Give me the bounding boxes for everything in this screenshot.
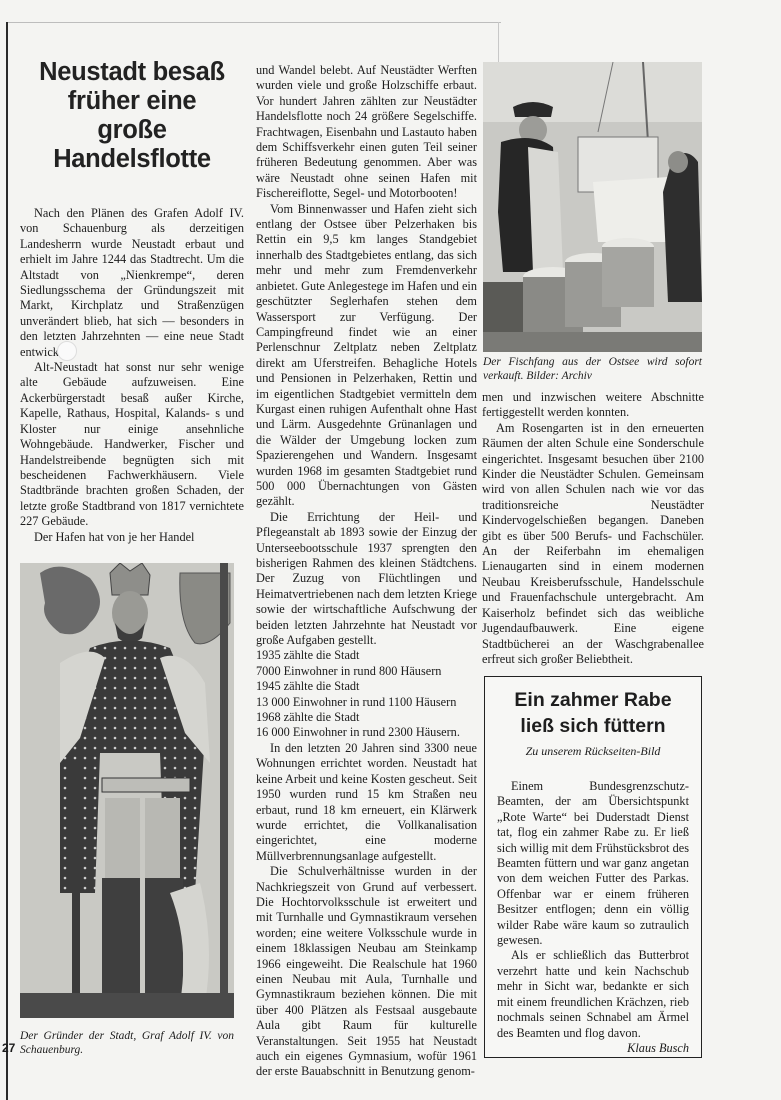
sidebar-title-line: Ein zahmer Rabe xyxy=(485,687,701,713)
article-column-3: men und inzwischen weitere Abschnitte fe… xyxy=(482,390,704,667)
page-number: 27 xyxy=(2,1041,15,1055)
paragraph: Die Schulverhältnisse wurden in der Nach… xyxy=(256,864,477,1080)
fishermen-barrels-image xyxy=(483,62,702,352)
sidebar-story-box: Ein zahmer Rabe ließ sich füttern Zu uns… xyxy=(484,676,702,1058)
photo-caption-graf: Der Gründer der Stadt, Graf Adolf IV. vo… xyxy=(20,1029,234,1057)
paragraph: und Wandel belebt. Auf Neustädter Werfte… xyxy=(256,63,477,202)
photo-caption-fisch: Der Fischfang aus der Ostsee wird sofort… xyxy=(483,355,702,383)
population-line: 16 000 Einwohner in rund 2300 Häusern. xyxy=(256,725,477,740)
sidebar-title: Ein zahmer Rabe ließ sich füttern xyxy=(485,687,701,739)
article-column-1: Nach den Plänen des Grafen Adolf IV. von… xyxy=(20,206,244,545)
page-edge-left xyxy=(6,22,8,1100)
headline-line: Neustadt besaß xyxy=(18,58,246,87)
headline-line: große xyxy=(18,116,246,145)
population-line: 13 000 Einwohner in rund 1100 Häusern xyxy=(256,695,477,710)
population-line: 1945 zählte die Stadt xyxy=(256,679,477,694)
paragraph: In den letzten 20 Jahren sind 3300 neue … xyxy=(256,741,477,864)
paragraph-text: Als er schließlich das Butterbrot verzeh… xyxy=(497,948,689,1039)
author-byline: Klaus Busch xyxy=(613,1041,689,1056)
article-headline: Neustadt besaß früher eine große Handels… xyxy=(18,58,246,174)
photo-graf-adolf xyxy=(20,563,234,1018)
paragraph: Einem Bundesgrenzschutz-Beamten, der am … xyxy=(497,779,689,948)
paragraph: Der Hafen hat von je her Handel xyxy=(20,530,244,545)
paragraph: Vom Binnenwasser und Hafen zieht sich en… xyxy=(256,202,477,510)
population-line: 1968 zählte die Stadt xyxy=(256,710,477,725)
paper-damage-mark xyxy=(57,341,77,361)
page-edge-right xyxy=(498,22,499,62)
photo-fish-market xyxy=(483,62,702,352)
paragraph: Am Rosengarten ist in den erneuerten Räu… xyxy=(482,421,704,668)
sidebar-subtitle: Zu unserem Rückseiten-Bild xyxy=(485,744,701,759)
knight-portrait-image xyxy=(20,563,234,1018)
headline-line: Handelsflotte xyxy=(18,145,246,174)
paragraph: Als er schließlich das Butterbrot verzeh… xyxy=(497,948,689,1040)
population-line: 1935 zählte die Stadt xyxy=(256,648,477,663)
paragraph: Alt-Neustadt hat sonst nur sehr wenige a… xyxy=(20,360,244,529)
paragraph: men und inzwischen weitere Abschnitte fe… xyxy=(482,390,704,421)
page-edge xyxy=(6,22,501,23)
paragraph: Nach den Plänen des Grafen Adolf IV. von… xyxy=(20,206,244,360)
population-statistics: 1935 zählte die Stadt 7000 Einwohner in … xyxy=(256,648,477,740)
headline-line: früher eine xyxy=(18,87,246,116)
sidebar-title-line: ließ sich füttern xyxy=(485,713,701,739)
paragraph: Die Errichtung der Heil- und Pflegeansta… xyxy=(256,510,477,649)
article-column-2: und Wandel belebt. Auf Neustädter Werfte… xyxy=(256,63,477,1080)
population-line: 7000 Einwohner in rund 800 Häusern xyxy=(256,664,477,679)
sidebar-body: Einem Bundesgrenzschutz-Beamten, der am … xyxy=(497,779,689,1056)
